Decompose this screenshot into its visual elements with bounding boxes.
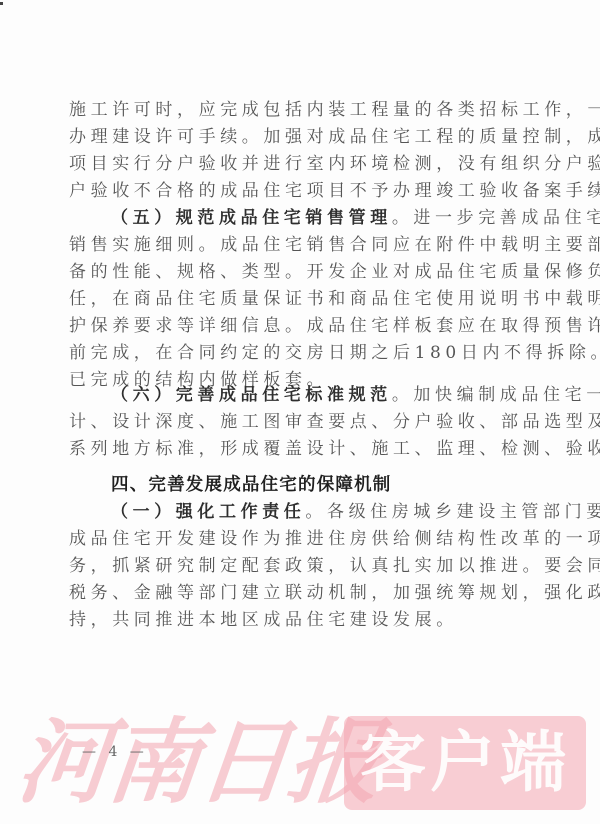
text-line: 前完成，在合同约定的交房日期之后180日内不得拆除。鼓励在 [69,341,503,365]
text-line: 施工许可时，应完成包括内装工程量的各类招标工作，一并申请 [69,98,503,122]
text-line: 销售实施细则。成品住宅销售合同应在附件中载明主要部品、设 [69,233,503,257]
text-line: 系列地方标准，形成覆盖设计、施工、监理、检测、验收及评价 [69,437,503,461]
text-line: 项目实行分户验收并进行室内环境检测，没有组织分户验收或分 [69,152,503,176]
text-line: 办理建设许可手续。加强对成品住宅工程的质量控制，成品住宅 [69,125,503,149]
sub-1-title: （一）强化工作责任 [111,502,305,522]
text-line: 务，抓紧研究制定配套政策，认真扎实加以推进。要会同财政、 [69,554,503,578]
text-line: 护保养要求等详细信息。成品住宅样板套应在取得预售许可证之 [69,314,503,338]
text-line: 户验收不合格的成品住宅项目不予办理竣工验收备案手续。 [69,179,503,203]
page-number: — 4 — [82,744,148,760]
document-page: 施工许可时，应完成包括内装工程量的各类招标工作，一并申请 办理建设许可手续。加强… [0,0,600,824]
text-line: 税务、金融等部门建立联动机制，加强统筹规划，强化政策扶 [69,581,503,605]
text-line: 任，在商品住宅质量保证书和商品住宅使用说明书中载明部品维 [69,287,503,311]
watermark-client-text: 客户端 [344,716,586,810]
scan-artifact [0,2,3,5]
section-6-title: （六）完善成品住宅标准规范 [111,385,392,405]
text-line: 备的性能、规格、类型。开发企业对成品住宅质量保修负主体责 [69,260,503,284]
text-line: 计、设计深度、施工图审查要点、分户验收、部品选型及评价等 [69,410,503,434]
sub-1-first-line: （一）强化工作责任。各级住房城乡建设主管部门要把加快 [111,500,503,524]
section-heading: 四、完善发展成品住宅的保障机制 [111,473,392,497]
text-line: 成品住宅开发建设作为推进住房供给侧结构性改革的一项重要任 [69,527,503,551]
section-5-first-line: （五）规范成品住宅销售管理。进一步完善成品住宅预售及 [111,206,503,230]
section-6-first-line: （六）完善成品住宅标准规范。加快编制成品住宅一体化设 [111,383,503,407]
section-5-title: （五）规范成品住宅销售管理 [111,208,392,228]
watermark-henan-daily: 河南日报 [13,712,384,812]
text-line: 持，共同推进本地区成品住宅建设发展。 [69,608,503,632]
